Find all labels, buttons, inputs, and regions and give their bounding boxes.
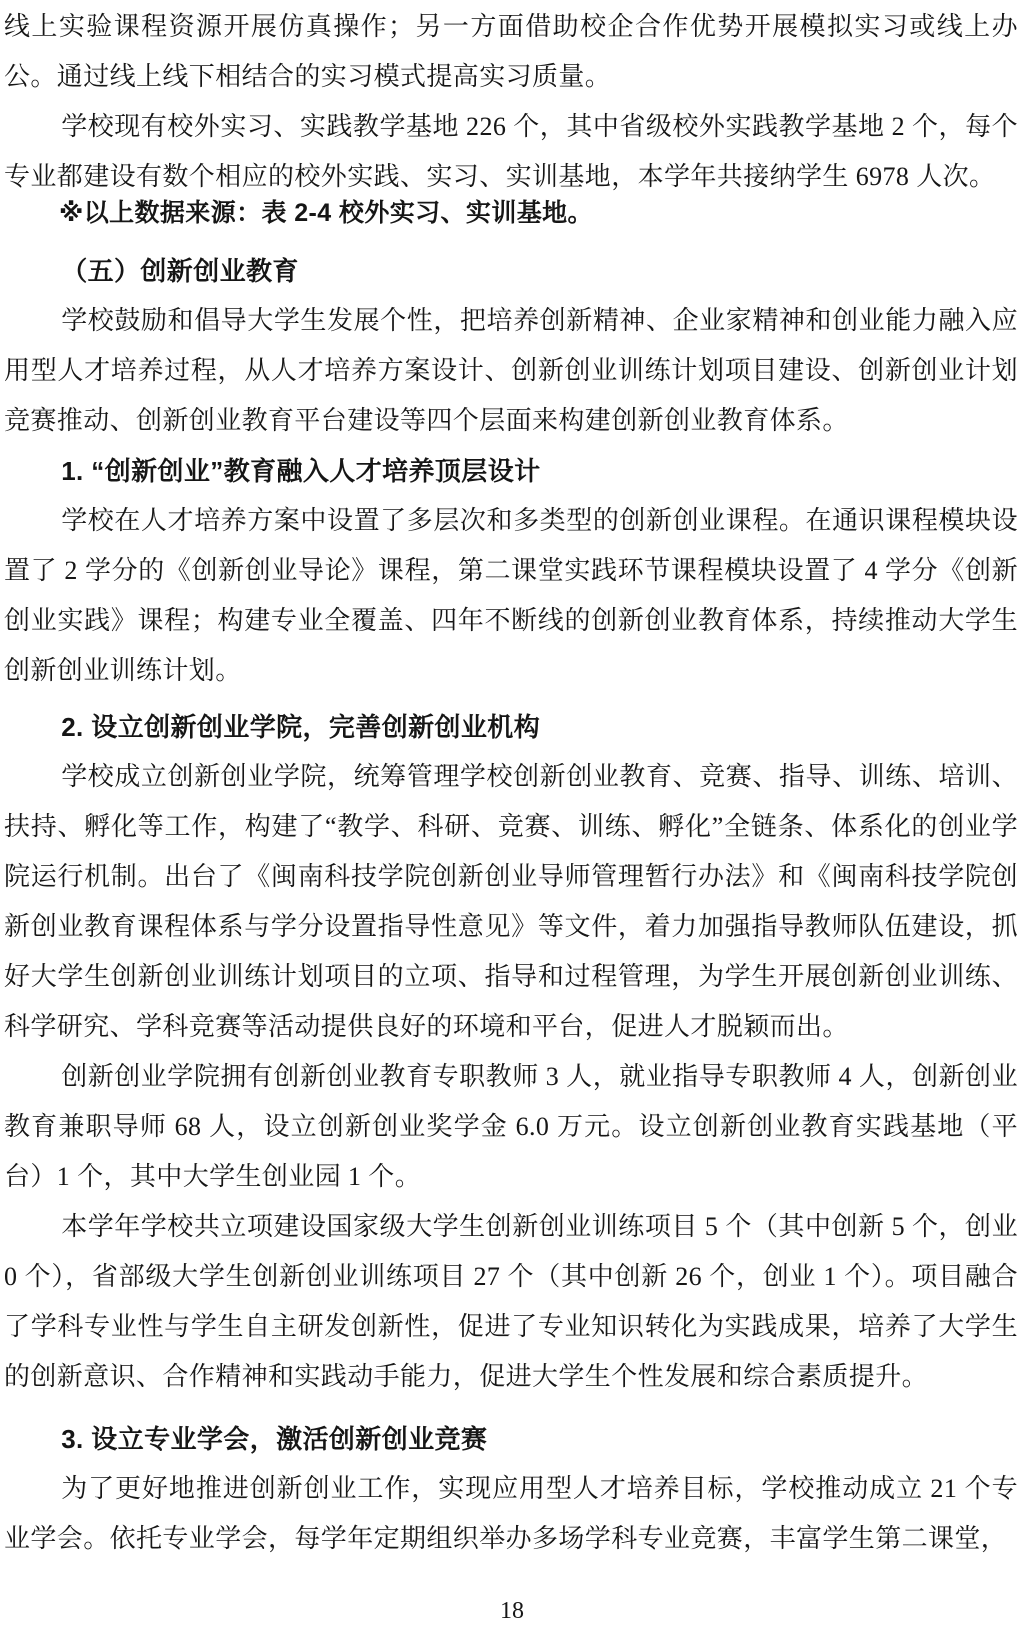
body-paragraph: 学校成立创新创业学院，统筹管理学校创新创业教育、竞赛、指导、训练、培训、扶持、孵… (4, 752, 1018, 1052)
subsection-heading-2: 2. 设立创新创业学院，完善创新创业机构 (4, 702, 1018, 752)
document-page: 线上实验课程资源开展仿真操作；另一方面借助校企合作优势开展模拟实习或线上办公。通… (0, 0, 1024, 1631)
page-number: 18 (0, 1598, 1024, 1625)
body-paragraph: 学校现有校外实习、实践教学基地 226 个，其中省级校外实践教学基地 2 个，每… (4, 102, 1018, 202)
section-heading: （五）创新创业教育 (4, 246, 1018, 296)
body-paragraph: 学校鼓励和倡导大学生发展个性，把培养创新精神、企业家精神和创业能力融入应用型人才… (4, 296, 1018, 446)
body-paragraph: 创新创业学院拥有创新创业教育专职教师 3 人，就业指导专职教师 4 人，创新创业… (4, 1052, 1018, 1202)
body-paragraph: 为了更好地推进创新创业工作，实现应用型人才培养目标，学校推动成立 21 个专业学… (4, 1464, 1018, 1564)
body-paragraph-continued: 线上实验课程资源开展仿真操作；另一方面借助校企合作优势开展模拟实习或线上办公。通… (4, 2, 1018, 102)
body-paragraph: 本学年学校共立项建设国家级大学生创新创业训练项目 5 个（其中创新 5 个，创业… (4, 1202, 1018, 1402)
body-paragraph: 学校在人才培养方案中设置了多层次和多类型的创新创业课程。在通识课程模块设置了 2… (4, 496, 1018, 696)
subsection-heading-3: 3. 设立专业学会，激活创新创业竞赛 (4, 1414, 1018, 1464)
subsection-heading-1: 1. “创新创业”教育融入人才培养顶层设计 (4, 446, 1018, 496)
